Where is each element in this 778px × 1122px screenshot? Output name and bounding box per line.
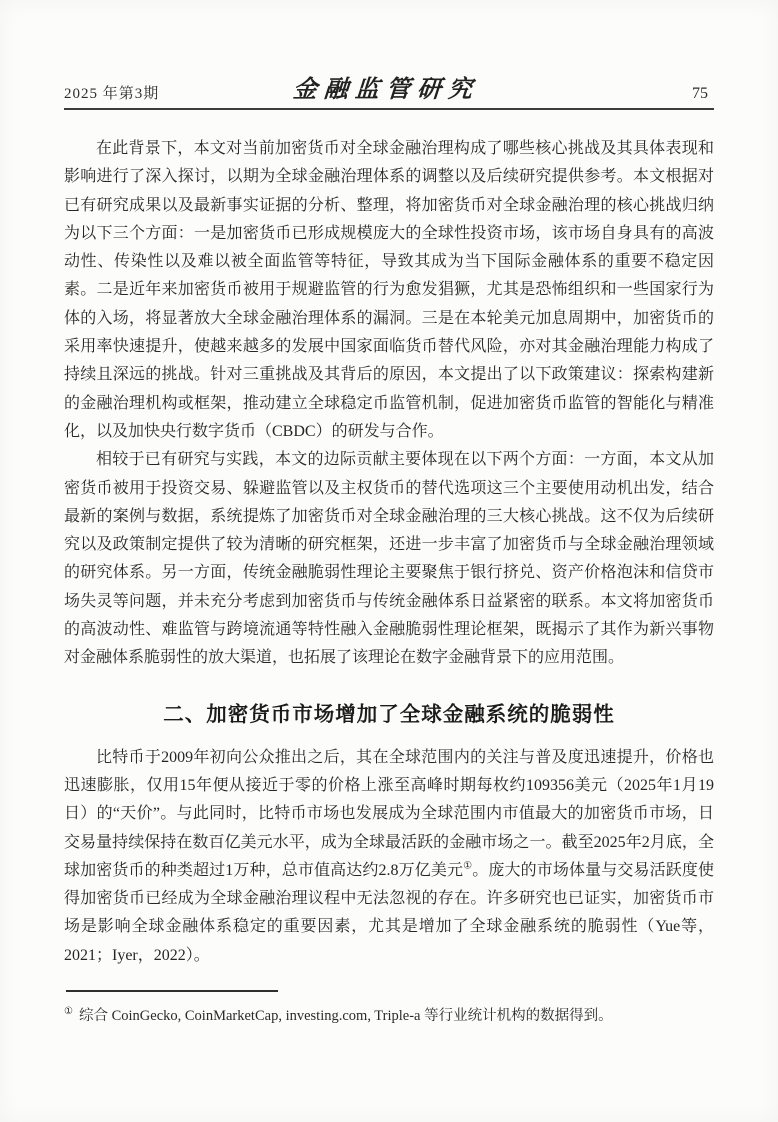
body-paragraph: 在此背景下，本文对当前加密货币对全球金融治理构成了哪些核心挑战及其具体表现和影响… — [64, 135, 714, 446]
issue-label: 2025 年第3期 — [64, 82, 293, 103]
journal-title: 金融监管研究 — [292, 78, 480, 103]
body-paragraph: 比特币于2009年初向公众推出之后，其在全球范围内的关注与普及度迅速提升，价格也… — [64, 744, 714, 970]
article-body: 在此背景下，本文对当前加密货币对全球金融治理构成了哪些核心挑战及其具体表现和影响… — [64, 135, 714, 1028]
footnote-divider — [66, 990, 278, 992]
section-heading: 二、加密货币市场增加了全球金融系统的脆弱性 — [64, 700, 714, 730]
journal-page: 2025 年第3期 金融监管研究 75 在此背景下，本文对当前加密货币对全球金融… — [0, 0, 778, 1122]
footnote-marker: ① — [64, 1006, 73, 1017]
page-header: 2025 年第3期 金融监管研究 75 — [64, 78, 714, 110]
footnote-text: 综合 CoinGecko, CoinMarketCap, investing.c… — [79, 1008, 613, 1024]
footnote: ①综合 CoinGecko, CoinMarketCap, investing.… — [64, 1004, 714, 1028]
body-paragraph: 相较于已有研究与实践，本文的边际贡献主要体现在以下两个方面：一方面，本文从加密货… — [64, 446, 714, 672]
page-number: 75 — [479, 85, 714, 103]
